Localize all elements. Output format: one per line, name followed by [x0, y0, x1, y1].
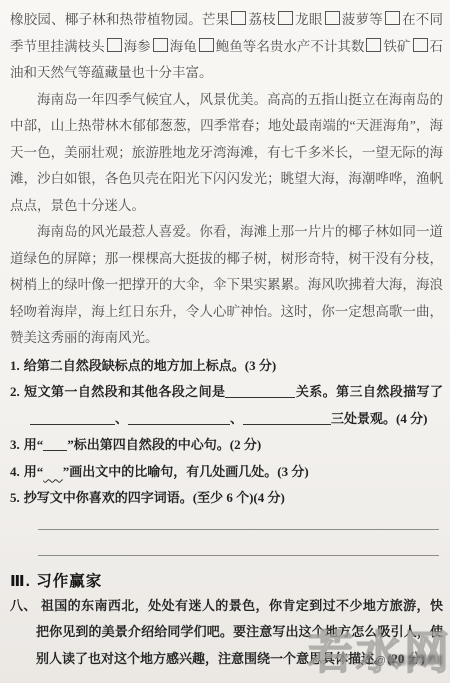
watermark-account-prefix: 头条@: [353, 655, 386, 667]
punctuation-box: [413, 38, 428, 52]
text-run: 短文第一自然段和其他各段之间是: [24, 384, 226, 399]
question-number: 2.: [10, 384, 20, 399]
punctuation-box: [107, 38, 122, 52]
worksheet-page: 橡胶园、椰子林和热带植物园。芒果荔枝龙眼菠萝等在不同季节里挂满枝头海参海龟鲍鱼等…: [0, 0, 450, 683]
answer-blank: [225, 385, 295, 398]
text-run: 荔枝: [248, 12, 276, 27]
text-run: 用“: [24, 437, 44, 452]
text-run: 菠萝等: [342, 12, 383, 27]
text-run: 、: [115, 411, 128, 426]
punctuation-box: [231, 11, 246, 25]
question-list: 1.给第二自然段缺标点的地方加上标点。(3 分) 2.短文第一自然段和其他各段之…: [10, 353, 443, 512]
wavy-underline-mark: [43, 464, 63, 479]
punctuation-box: [199, 38, 214, 52]
text-run: 给第二自然段缺标点的地方加上标点。(3 分): [24, 358, 276, 373]
question-text: 给第二自然段缺标点的地方加上标点。(3 分): [24, 358, 276, 373]
passage-paragraph-punctuation: 橡胶园、椰子林和热带植物园。芒果荔枝龙眼菠萝等在不同季节里挂满枝头海参海龟鲍鱼等…: [10, 7, 443, 87]
passage-paragraph-scenery: 海南岛一年四季气候宜人，风景优美。高高的五指山挺立在海南岛的中部，山上热带林木郁…: [10, 87, 443, 220]
text-run: 铁矿: [383, 39, 410, 54]
text-run: 抄写文中你喜欢的四字词语。(至少 6 个)(4 分): [24, 490, 285, 505]
illegible-watermark-text: [388, 655, 442, 665]
text-run: 龙眼: [295, 12, 323, 27]
question-text: 用“ ”画出文中的比喻句，有几处画几处。(3 分): [24, 464, 309, 479]
punctuation-box: [278, 11, 293, 25]
passage-paragraph-coconut: 海南岛的风光最惹人喜爱。你看，海滩上那一片片的椰子林如同一道道绿色的屏障；那一棵…: [10, 219, 443, 352]
question-text: 短文第一自然段和其他各段之间是关系。第三自然段描写了、、三处景观。(4 分): [24, 384, 443, 426]
text-run: 海参: [124, 39, 151, 54]
underline-mark: [43, 440, 67, 451]
text-run: ”标出第四自然段的中心句。(2 分): [67, 437, 261, 452]
answer-writing-line: [38, 555, 439, 556]
task-number: 八、: [10, 598, 37, 613]
answer-writing-line: [38, 529, 439, 530]
question-4: 4.用“ ”画出文中的比喻句，有几处画几处。(3 分): [10, 459, 443, 486]
text-run: 关系。第三自然段描写了: [295, 384, 443, 399]
question-3: 3.用“”标出第四自然段的中心句。(2 分): [10, 432, 443, 459]
question-number: 1.: [10, 358, 20, 373]
answer-blank: [243, 412, 331, 425]
question-number: 5.: [10, 490, 20, 505]
text-run: 鲍鱼等名贵水产不计其数: [216, 39, 365, 54]
question-5: 5.抄写文中你喜欢的四字词语。(至少 6 个)(4 分): [10, 485, 443, 512]
watermark-account: 头条@: [353, 652, 442, 668]
punctuation-box: [325, 11, 340, 25]
question-2: 2.短文第一自然段和其他各段之间是关系。第三自然段描写了、、三处景观。(4 分): [10, 379, 443, 432]
text-run: 、: [230, 411, 243, 426]
question-text: 抄写文中你喜欢的四字词语。(至少 6 个)(4 分): [24, 490, 285, 505]
answer-blank: [30, 412, 115, 425]
answer-blank: [128, 412, 230, 425]
punctuation-box: [366, 38, 381, 52]
punctuation-box: [385, 11, 400, 25]
text-run: 橡胶园、椰子林和热带植物园。芒果: [10, 12, 229, 27]
punctuation-box: [153, 38, 168, 52]
question-number: 4.: [10, 464, 20, 479]
question-1: 1.给第二自然段缺标点的地方加上标点。(3 分): [10, 353, 443, 380]
question-text: 用“”标出第四自然段的中心句。(2 分): [24, 437, 261, 452]
section-heading: Ⅲ. 习作赢家: [10, 569, 443, 591]
text-run: ”画出文中的比喻句，有几处画几处。(3 分): [63, 464, 309, 479]
text-run: 用“: [24, 464, 44, 479]
question-number: 3.: [10, 437, 20, 452]
text-run: 三处景观。(4 分): [331, 411, 427, 426]
text-run: 海龟: [170, 39, 197, 54]
reading-passage: 橡胶园、椰子林和热带植物园。芒果荔枝龙眼菠萝等在不同季节里挂满枝头海参海龟鲍鱼等…: [10, 7, 443, 352]
